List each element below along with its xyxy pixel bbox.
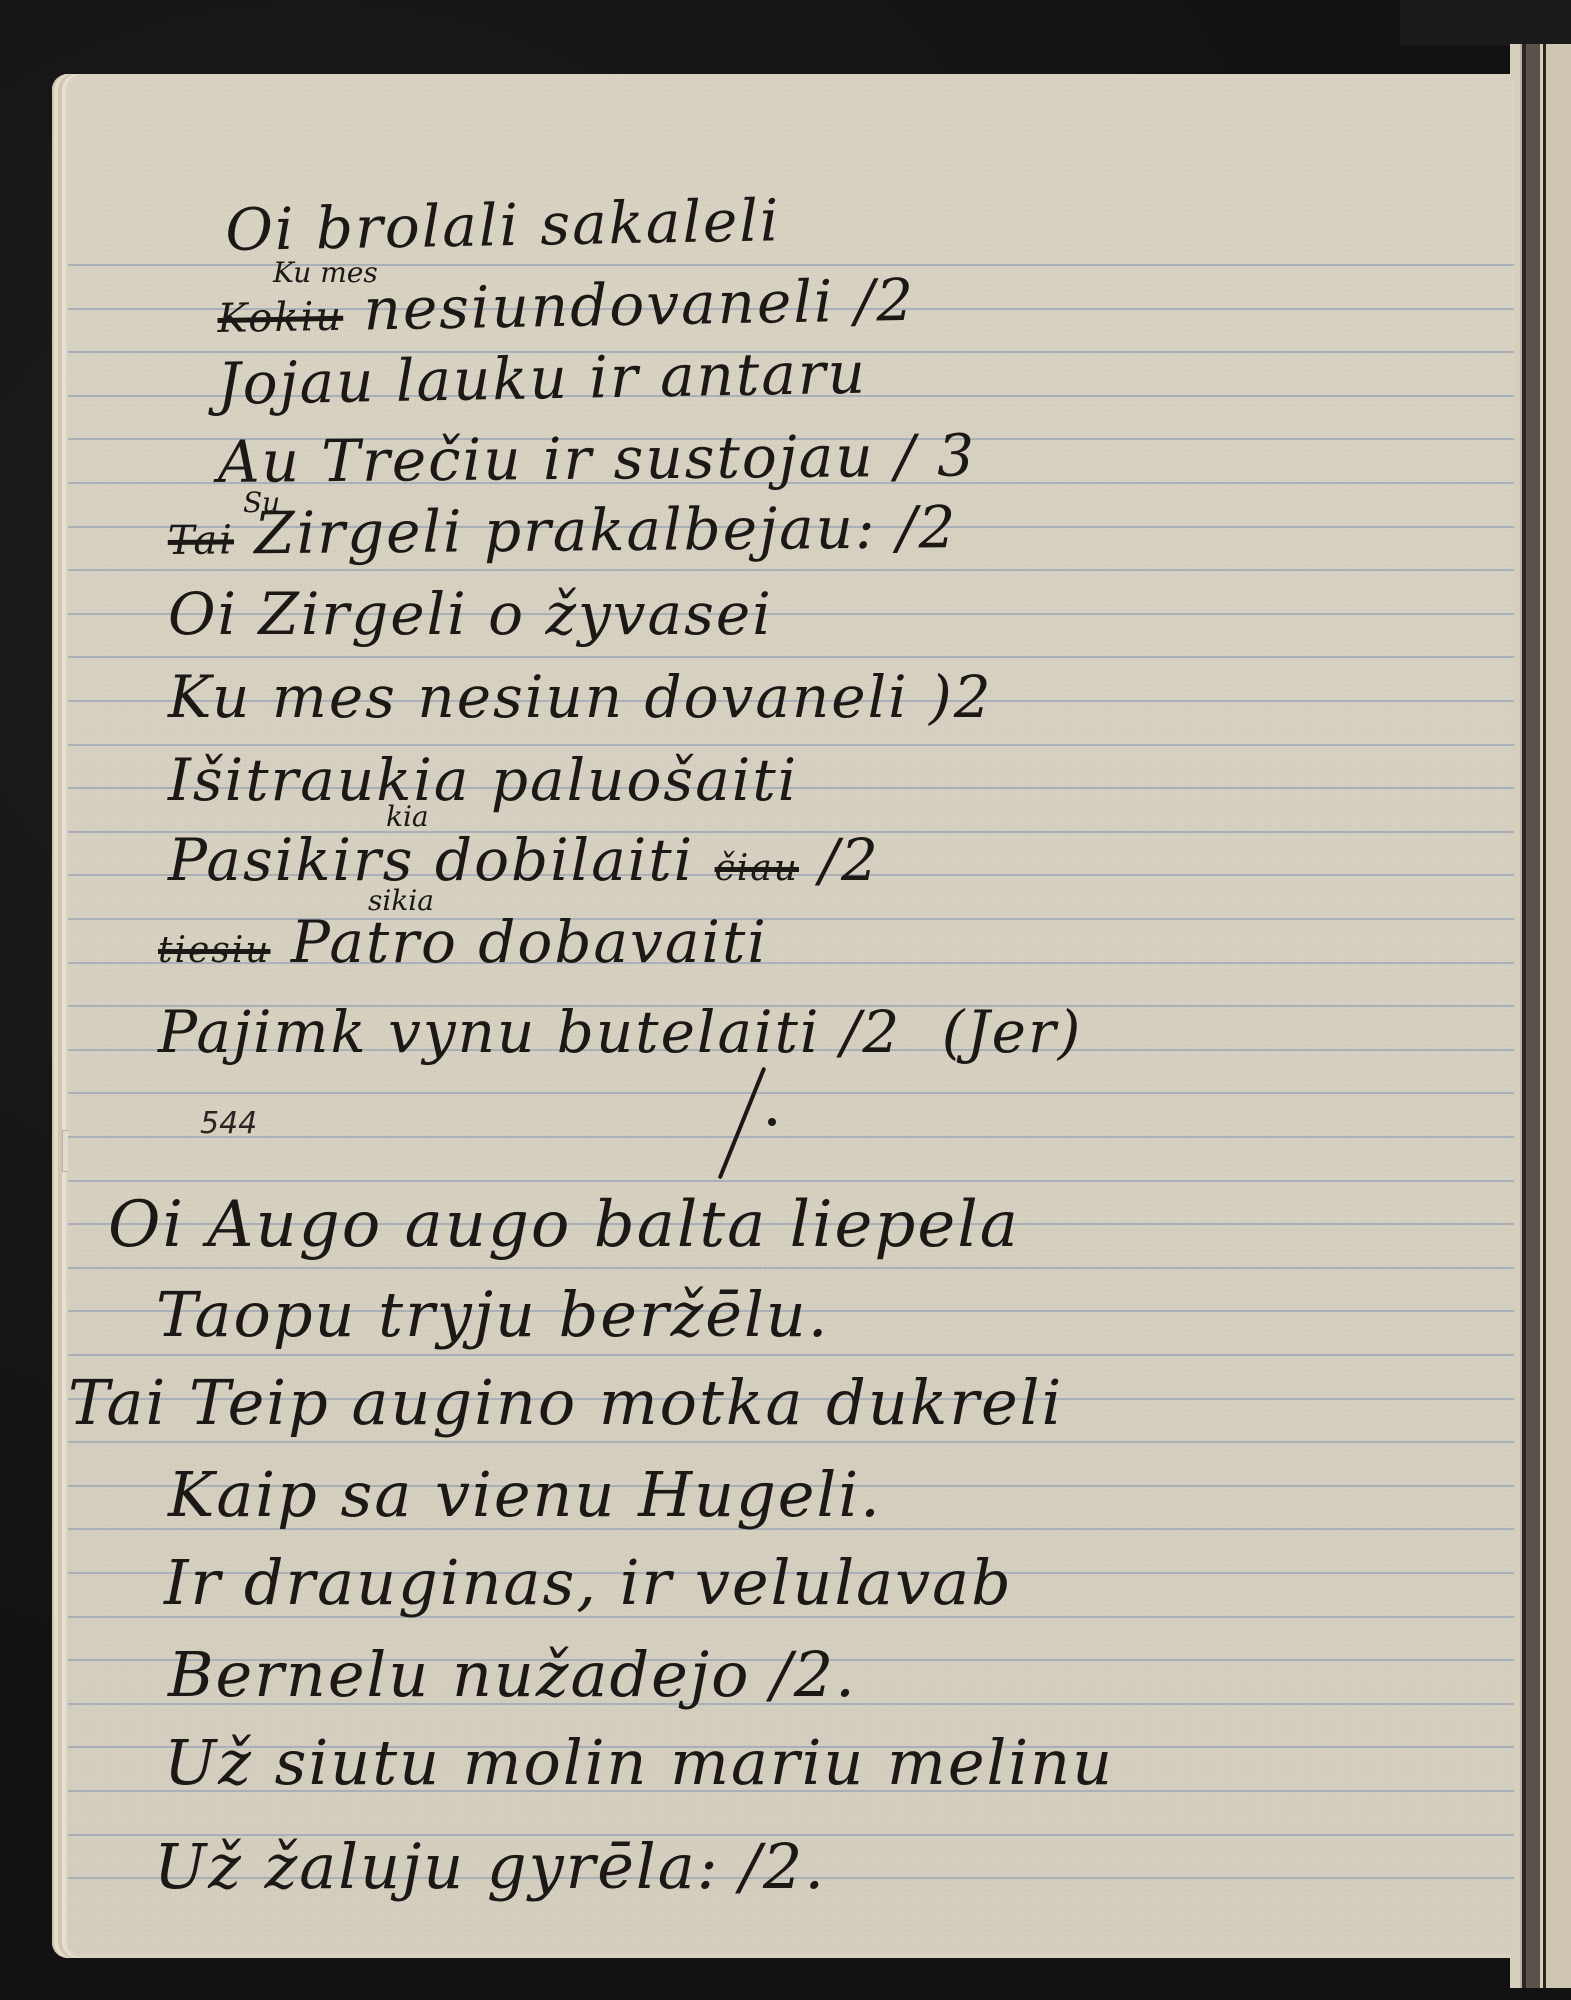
- annotation-note: (Jer): [942, 998, 1083, 1066]
- song-number: 544: [200, 1106, 257, 1141]
- song1-line-5: Tai Zirgeli prakalbejau: /2: [167, 493, 957, 568]
- song1-line-7: Ku mes nesiun dovaneli )2: [168, 663, 993, 731]
- line-text: Už siutu molin mariu melinu: [164, 1726, 1114, 1799]
- line-text: Oi brolali sakaleli: [225, 186, 781, 264]
- song1-line-4: Au Trečiu ir sustojau / 3: [217, 421, 976, 496]
- song2-line-8: Už žaluju gyrēla: /2.: [154, 1830, 826, 1903]
- line-text: nesiundovaneli: [363, 267, 835, 343]
- line-text: Kaip sa vienu Hugeli.: [168, 1458, 882, 1531]
- ruled-line: [68, 1092, 1514, 1094]
- ruled-line: [68, 1441, 1514, 1443]
- struck-word: Kokiu: [217, 294, 343, 342]
- song2-line-7: Už siutu molin mariu melinu: [164, 1726, 1114, 1799]
- song1-line-2: Kokiu nesiundovaneli /2: [217, 266, 916, 346]
- song1-line-3: Jojau lauku ir antaru: [217, 339, 868, 418]
- separator-dot: [768, 1118, 776, 1126]
- song1-line-11: Pajimk vynu butelaiti /2 (Jer): [158, 998, 1082, 1066]
- struck-word: čiau: [715, 848, 799, 889]
- song1-line-1: Oi brolali sakaleli: [225, 186, 781, 264]
- line-text: Ku mes nesiun dovaneli: [168, 663, 909, 731]
- line-text: Už žaluju gyrēla:: [154, 1830, 720, 1903]
- repeat-mark: /2: [819, 826, 879, 894]
- song2-line-1: Oi Augo augo balta liepela: [108, 1188, 1020, 1262]
- repeat-mark: /2: [854, 266, 916, 335]
- notebook-page: Oi brolali sakaleli Ku mes Kokiu nesiund…: [68, 78, 1514, 1954]
- ruled-line: [68, 569, 1514, 571]
- ruled-line: [68, 656, 1514, 658]
- repeat-mark: /2.: [771, 1638, 857, 1711]
- ruled-line: [68, 1180, 1514, 1182]
- ruled-line: [68, 1267, 1514, 1269]
- line-text: Au Trečiu ir sustojau: [217, 422, 875, 496]
- line-text: Jojau lauku ir antaru: [217, 339, 868, 418]
- line-text: Išitraukia paluošaiti: [168, 746, 798, 814]
- song2-line-5: Ir drauginas, ir velulavab: [164, 1546, 1013, 1619]
- notebook-binding: [1510, 44, 1571, 1988]
- song2-line-4: Kaip sa vienu Hugeli.: [168, 1458, 882, 1531]
- ruled-line: [68, 1354, 1514, 1356]
- song1-line-8: Išitraukia paluošaiti: [168, 746, 798, 814]
- line-text: Oi Augo augo balta liepela: [108, 1188, 1020, 1262]
- song2-line-3: Tai Teip augino motka dukreli: [68, 1366, 1063, 1439]
- line-text: Oi Zirgeli o žyvasei: [168, 580, 773, 648]
- repeat-mark: )2: [929, 663, 993, 731]
- repeat-mark: /2: [897, 493, 958, 562]
- song1-line-9: Pasikirs dobilaiti čiau /2: [168, 826, 880, 894]
- ruled-line: [68, 1136, 1514, 1138]
- struck-word: Tai: [168, 517, 235, 564]
- line-text: Tai Teip augino motka dukreli: [68, 1366, 1063, 1439]
- scan-background-strip: [1400, 0, 1571, 46]
- song2-line-6: Bernelu nužadejo /2.: [168, 1638, 857, 1711]
- song1-line-10: tiesiu Patro dobavaiti: [158, 908, 768, 976]
- line-text: Bernelu nužadejo: [168, 1638, 750, 1711]
- line-text: Pajimk vynu butelaiti: [158, 998, 820, 1066]
- line-text: Ir drauginas, ir velulavab: [164, 1546, 1013, 1619]
- song2-line-2: Taopu tryju beržēlu.: [156, 1278, 829, 1351]
- line-text: Patro dobavaiti: [291, 908, 768, 976]
- repeat-mark: /2: [841, 998, 901, 1066]
- repeat-mark: / 3: [895, 421, 976, 490]
- line-text: Taopu tryju beržēlu.: [156, 1278, 829, 1351]
- struck-word: tiesiu: [158, 930, 270, 971]
- song1-line-6: Oi Zirgeli o žyvasei: [168, 580, 773, 648]
- line-text: Zirgeli prakalbejau:: [254, 494, 877, 567]
- repeat-mark: /2.: [740, 1830, 826, 1903]
